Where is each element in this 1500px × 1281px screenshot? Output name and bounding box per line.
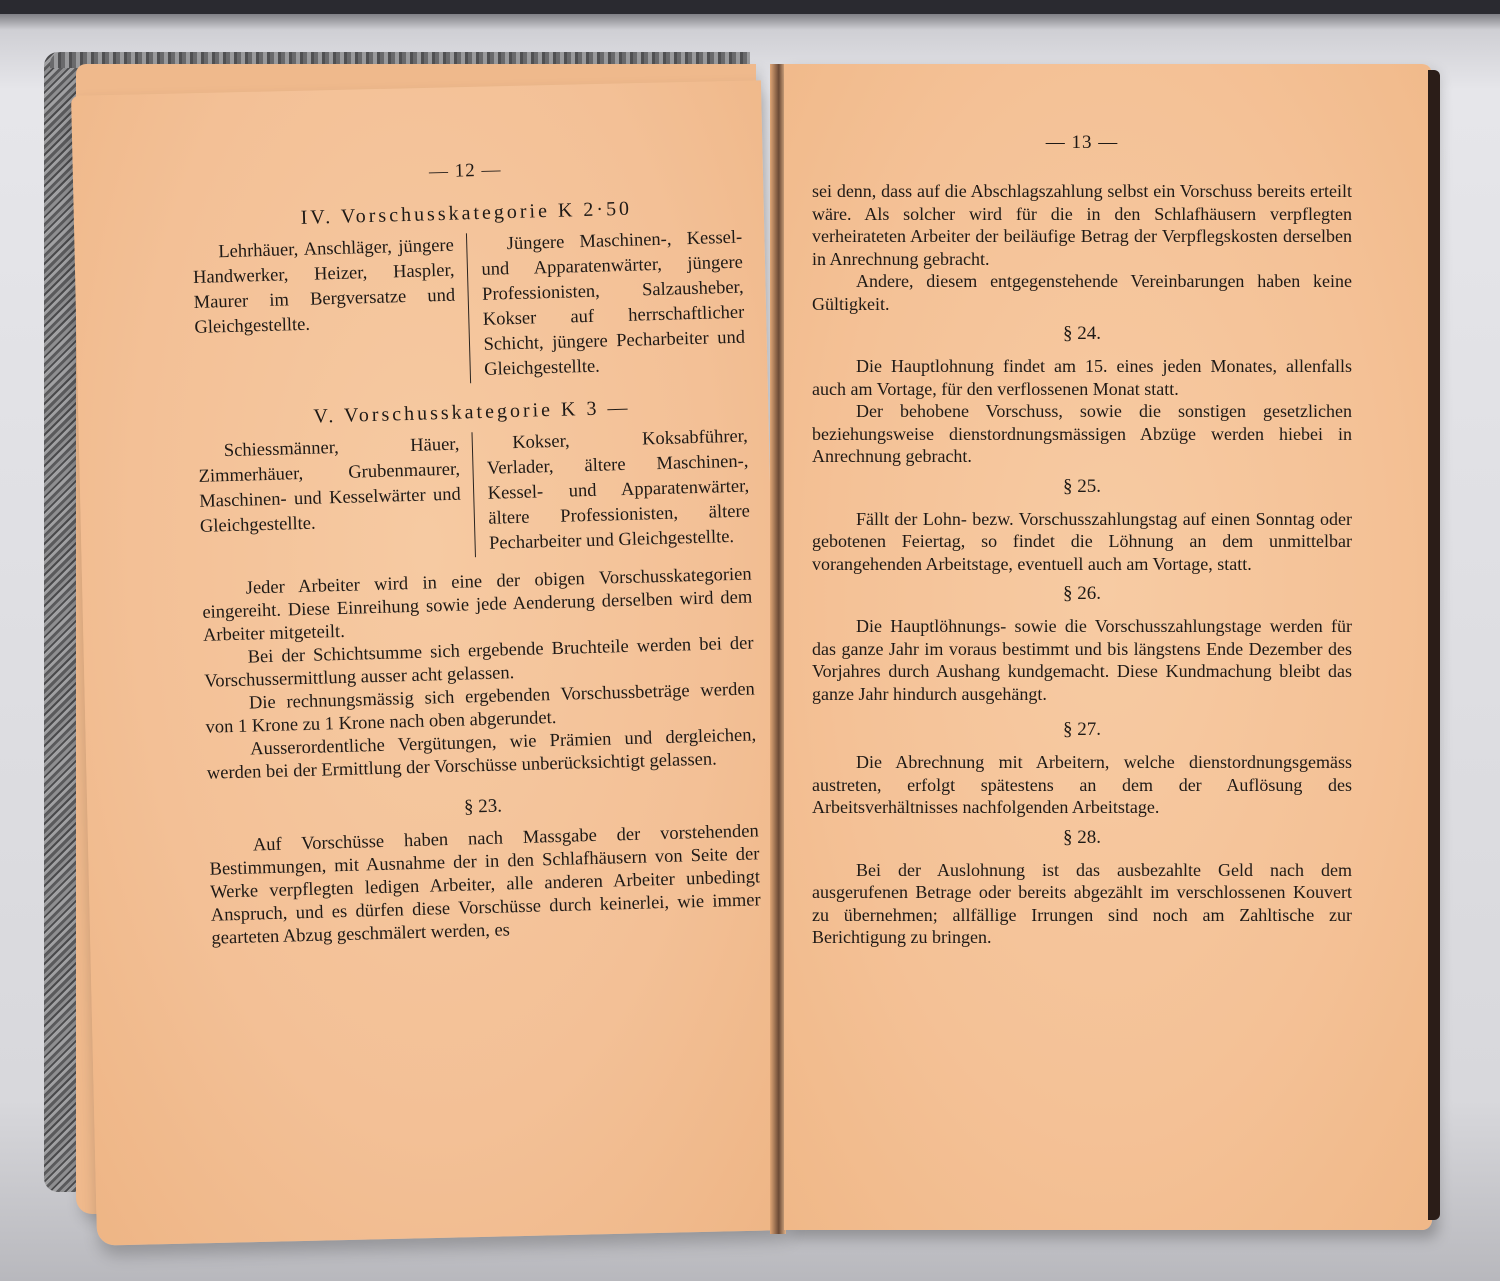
category-iv-right-column: Jüngere Maschinen-, Kessel- und Apparate… <box>466 226 746 384</box>
section-heading: § 26. <box>812 583 1352 605</box>
paragraph: Der behobene Vorschuss, sowie die sonsti… <box>812 400 1352 468</box>
section-heading: § 28. <box>812 827 1352 849</box>
book-cover-right-edge <box>1428 70 1440 1220</box>
paragraph: Auf Vorschüsse haben nach Massgabe der v… <box>209 820 762 950</box>
category-v-table: Schiessmänner, Häuer, Zimmerhäuer, Grube… <box>198 425 751 565</box>
category-v-left-column: Schiessmänner, Häuer, Zimmerhäuer, Grube… <box>198 432 476 565</box>
right-page-content: — 13 — sei denn, dass auf die Abschlagsz… <box>812 132 1352 949</box>
page-number: — 13 — <box>812 132 1352 154</box>
paragraph: Bei der Auslohnung ist das ausbezahlte G… <box>812 859 1352 949</box>
paragraph: Die Hauptlöhnungs- sowie die Vorschussza… <box>812 615 1352 705</box>
top-shadow <box>0 0 1500 14</box>
paragraph: sei denn, dass auf die Abschlagszahlung … <box>812 180 1352 270</box>
section-heading: § 27. <box>812 719 1352 741</box>
left-page-content: — 12 — IV. Vorschusskategorie K 2·50 Leh… <box>190 153 762 951</box>
paragraph: Andere, diesem entgegenstehende Vereinba… <box>812 270 1352 315</box>
paragraph: Die Abrechnung mit Arbeitern, welche die… <box>812 751 1352 819</box>
category-iv-table: Lehrhäuer, Anschläger, jüngere Handwerke… <box>192 226 746 391</box>
category-iv-left-column: Lehrhäuer, Anschläger, jüngere Handwerke… <box>192 233 471 391</box>
paragraph: Die Hauptlohnung findet am 15. eines jed… <box>812 355 1352 400</box>
paragraph: Fällt der Lohn- bezw. Vorschusszahlungst… <box>812 508 1352 576</box>
category-v-right-column: Kokser, Koksabführer, Verlader, ältere M… <box>472 425 751 558</box>
section-heading: § 23. <box>208 788 758 825</box>
section-heading: § 24. <box>812 323 1352 345</box>
section-heading: § 25. <box>812 476 1352 498</box>
